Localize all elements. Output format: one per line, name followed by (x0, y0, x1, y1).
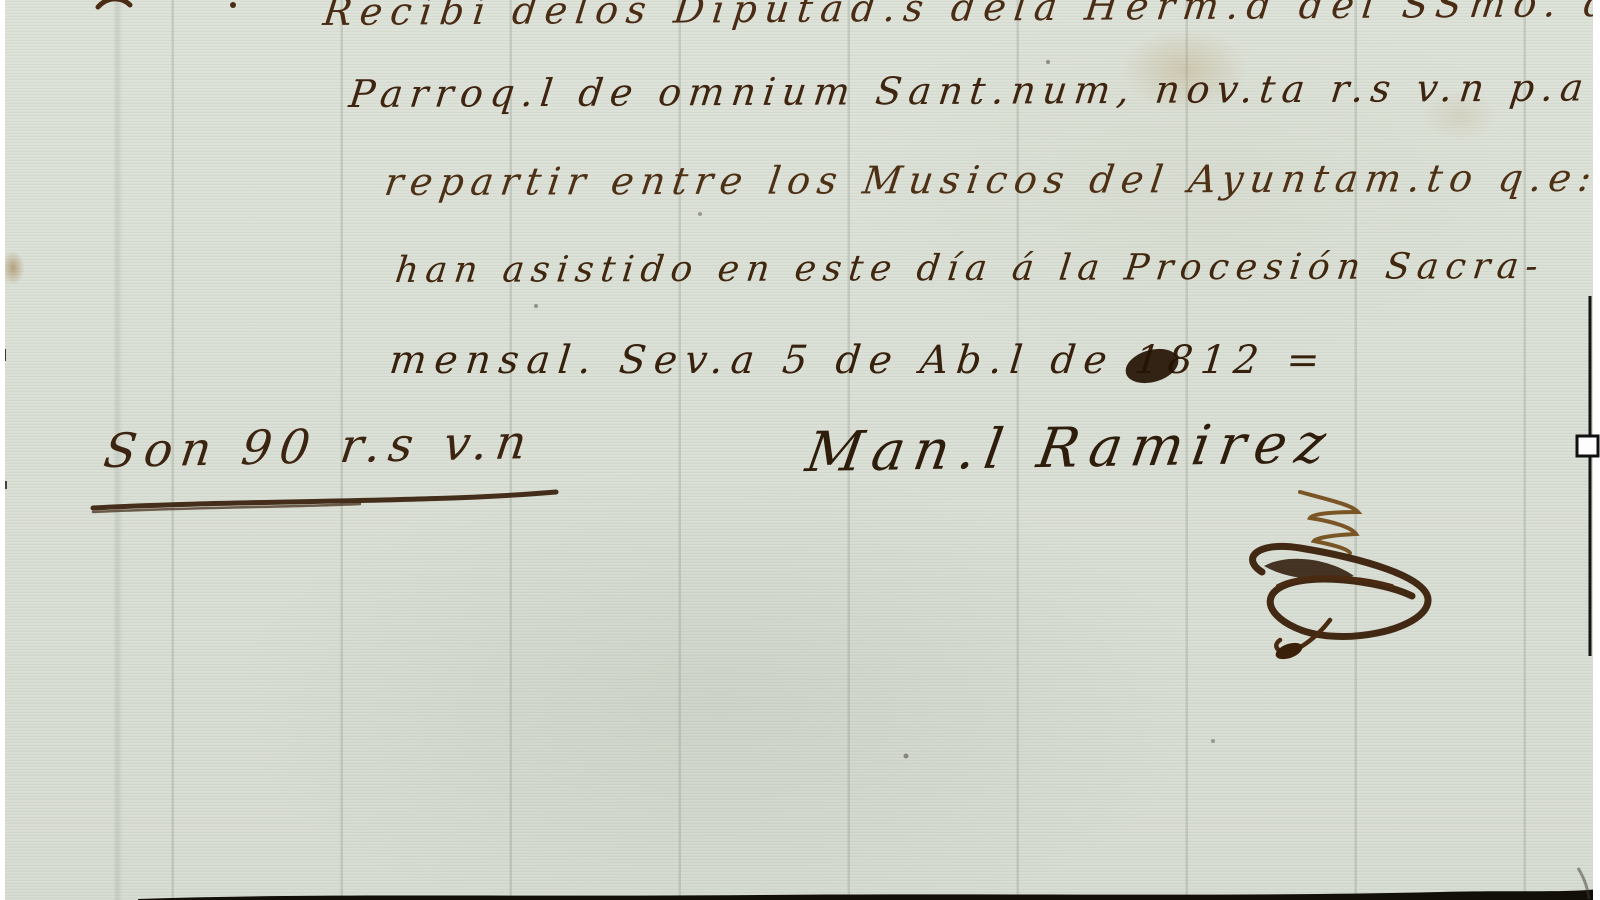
annotation-layer (0, 0, 1600, 900)
scanned-document-page: Recibí delos Diputad.s dela Herm.d del S… (0, 0, 1600, 900)
selection-handle-icon[interactable] (1577, 436, 1598, 456)
